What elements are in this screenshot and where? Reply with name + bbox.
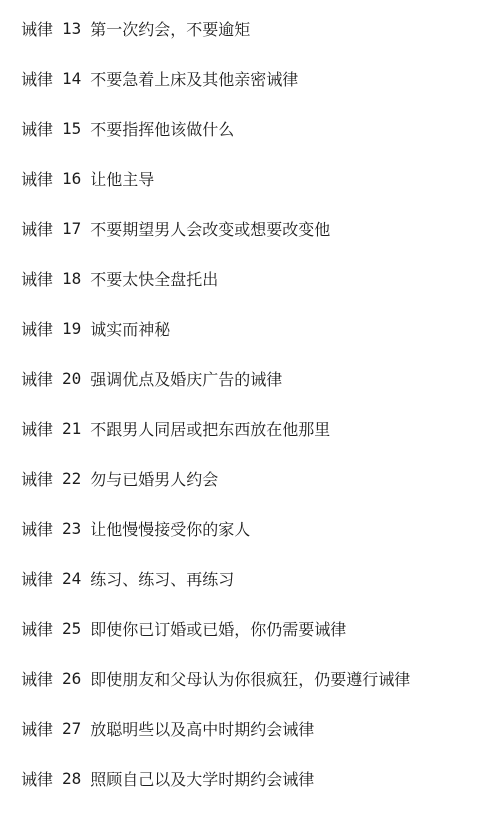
rule-number: 27 [62, 719, 81, 738]
rule-title: 第一次约会，不要逾矩 [90, 17, 250, 40]
toc-row: 诫律 22 勿与已婚男人约会 [21, 453, 503, 503]
rule-number: 21 [62, 419, 81, 438]
toc-row: 诫律 25 即使你已订婚或已婚，你仍需要诫律 [21, 603, 503, 653]
rule-label: 诫律 [21, 267, 53, 290]
rule-title: 即使朋友和父母认为你很疯狂，仍要遵行诫律 [90, 667, 410, 690]
rule-title: 强调优点及婚庆广告的诫律 [90, 367, 282, 390]
toc-page: 诫律 13 第一次约会，不要逾矩 诫律 14 不要急着上床及其他亲密诫律 诫律 … [0, 0, 503, 818]
rule-title: 让他慢慢接受你的家人 [90, 517, 250, 540]
rule-label: 诫律 [21, 617, 53, 640]
rule-title: 放聪明些以及高中时期约会诫律 [90, 717, 314, 740]
rule-title: 不要太快全盘托出 [90, 267, 218, 290]
rule-label: 诫律 [21, 467, 53, 490]
rule-number: 24 [62, 569, 81, 588]
toc-row: 诫律 18 不要太快全盘托出 [21, 253, 503, 303]
toc-row: 诫律 23 让他慢慢接受你的家人 [21, 503, 503, 553]
rule-title: 让他主导 [90, 167, 154, 190]
rule-number: 23 [62, 519, 81, 538]
rule-number: 22 [62, 469, 81, 488]
rule-number: 14 [62, 69, 81, 88]
rule-number: 18 [62, 269, 81, 288]
rule-title: 不要指挥他该做什么 [90, 117, 234, 140]
rule-title: 勿与已婚男人约会 [90, 467, 218, 490]
rule-title: 不要期望男人会改变或想要改变他 [90, 217, 330, 240]
rule-label: 诫律 [21, 567, 53, 590]
rule-title: 练习、练习、再练习 [90, 567, 234, 590]
rule-label: 诫律 [21, 67, 53, 90]
toc-row: 诫律 19 诚实而神秘 [21, 303, 503, 353]
rule-label: 诫律 [21, 367, 53, 390]
rule-label: 诫律 [21, 417, 53, 440]
rule-number: 20 [62, 369, 81, 388]
rule-number: 28 [62, 769, 81, 788]
toc-row: 诫律 27 放聪明些以及高中时期约会诫律 [21, 703, 503, 753]
toc-row: 诫律 16 让他主导 [21, 153, 503, 203]
rule-label: 诫律 [21, 167, 53, 190]
toc-row: 诫律 14 不要急着上床及其他亲密诫律 [21, 53, 503, 103]
toc-row: 诫律 24 练习、练习、再练习 [21, 553, 503, 603]
rule-title: 不要急着上床及其他亲密诫律 [90, 67, 298, 90]
rule-label: 诫律 [21, 317, 53, 340]
rule-number: 25 [62, 619, 81, 638]
rule-title: 不跟男人同居或把东西放在他那里 [90, 417, 330, 440]
rule-title: 即使你已订婚或已婚，你仍需要诫律 [90, 617, 346, 640]
rule-number: 17 [62, 219, 81, 238]
rule-label: 诫律 [21, 17, 53, 40]
toc-row: 诫律 20 强调优点及婚庆广告的诫律 [21, 353, 503, 403]
rule-number: 15 [62, 119, 81, 138]
rule-number: 16 [62, 169, 81, 188]
toc-row: 诫律 15 不要指挥他该做什么 [21, 103, 503, 153]
toc-row: 诫律 26 即使朋友和父母认为你很疯狂，仍要遵行诫律 [21, 653, 503, 703]
rule-title: 诚实而神秘 [90, 317, 170, 340]
rule-label: 诫律 [21, 117, 53, 140]
toc-row: 诫律 21 不跟男人同居或把东西放在他那里 [21, 403, 503, 453]
toc-row: 诫律 13 第一次约会，不要逾矩 [21, 3, 503, 53]
toc-row: 诫律 28 照顾自己以及大学时期约会诫律 [21, 753, 503, 803]
rule-label: 诫律 [21, 717, 53, 740]
toc-row: 诫律 17 不要期望男人会改变或想要改变他 [21, 203, 503, 253]
rule-number: 26 [62, 669, 81, 688]
rule-label: 诫律 [21, 667, 53, 690]
rule-number: 19 [62, 319, 81, 338]
rule-label: 诫律 [21, 517, 53, 540]
rule-label: 诫律 [21, 767, 53, 790]
rule-title: 照顾自己以及大学时期约会诫律 [90, 767, 314, 790]
rule-number: 13 [62, 19, 81, 38]
rule-label: 诫律 [21, 217, 53, 240]
